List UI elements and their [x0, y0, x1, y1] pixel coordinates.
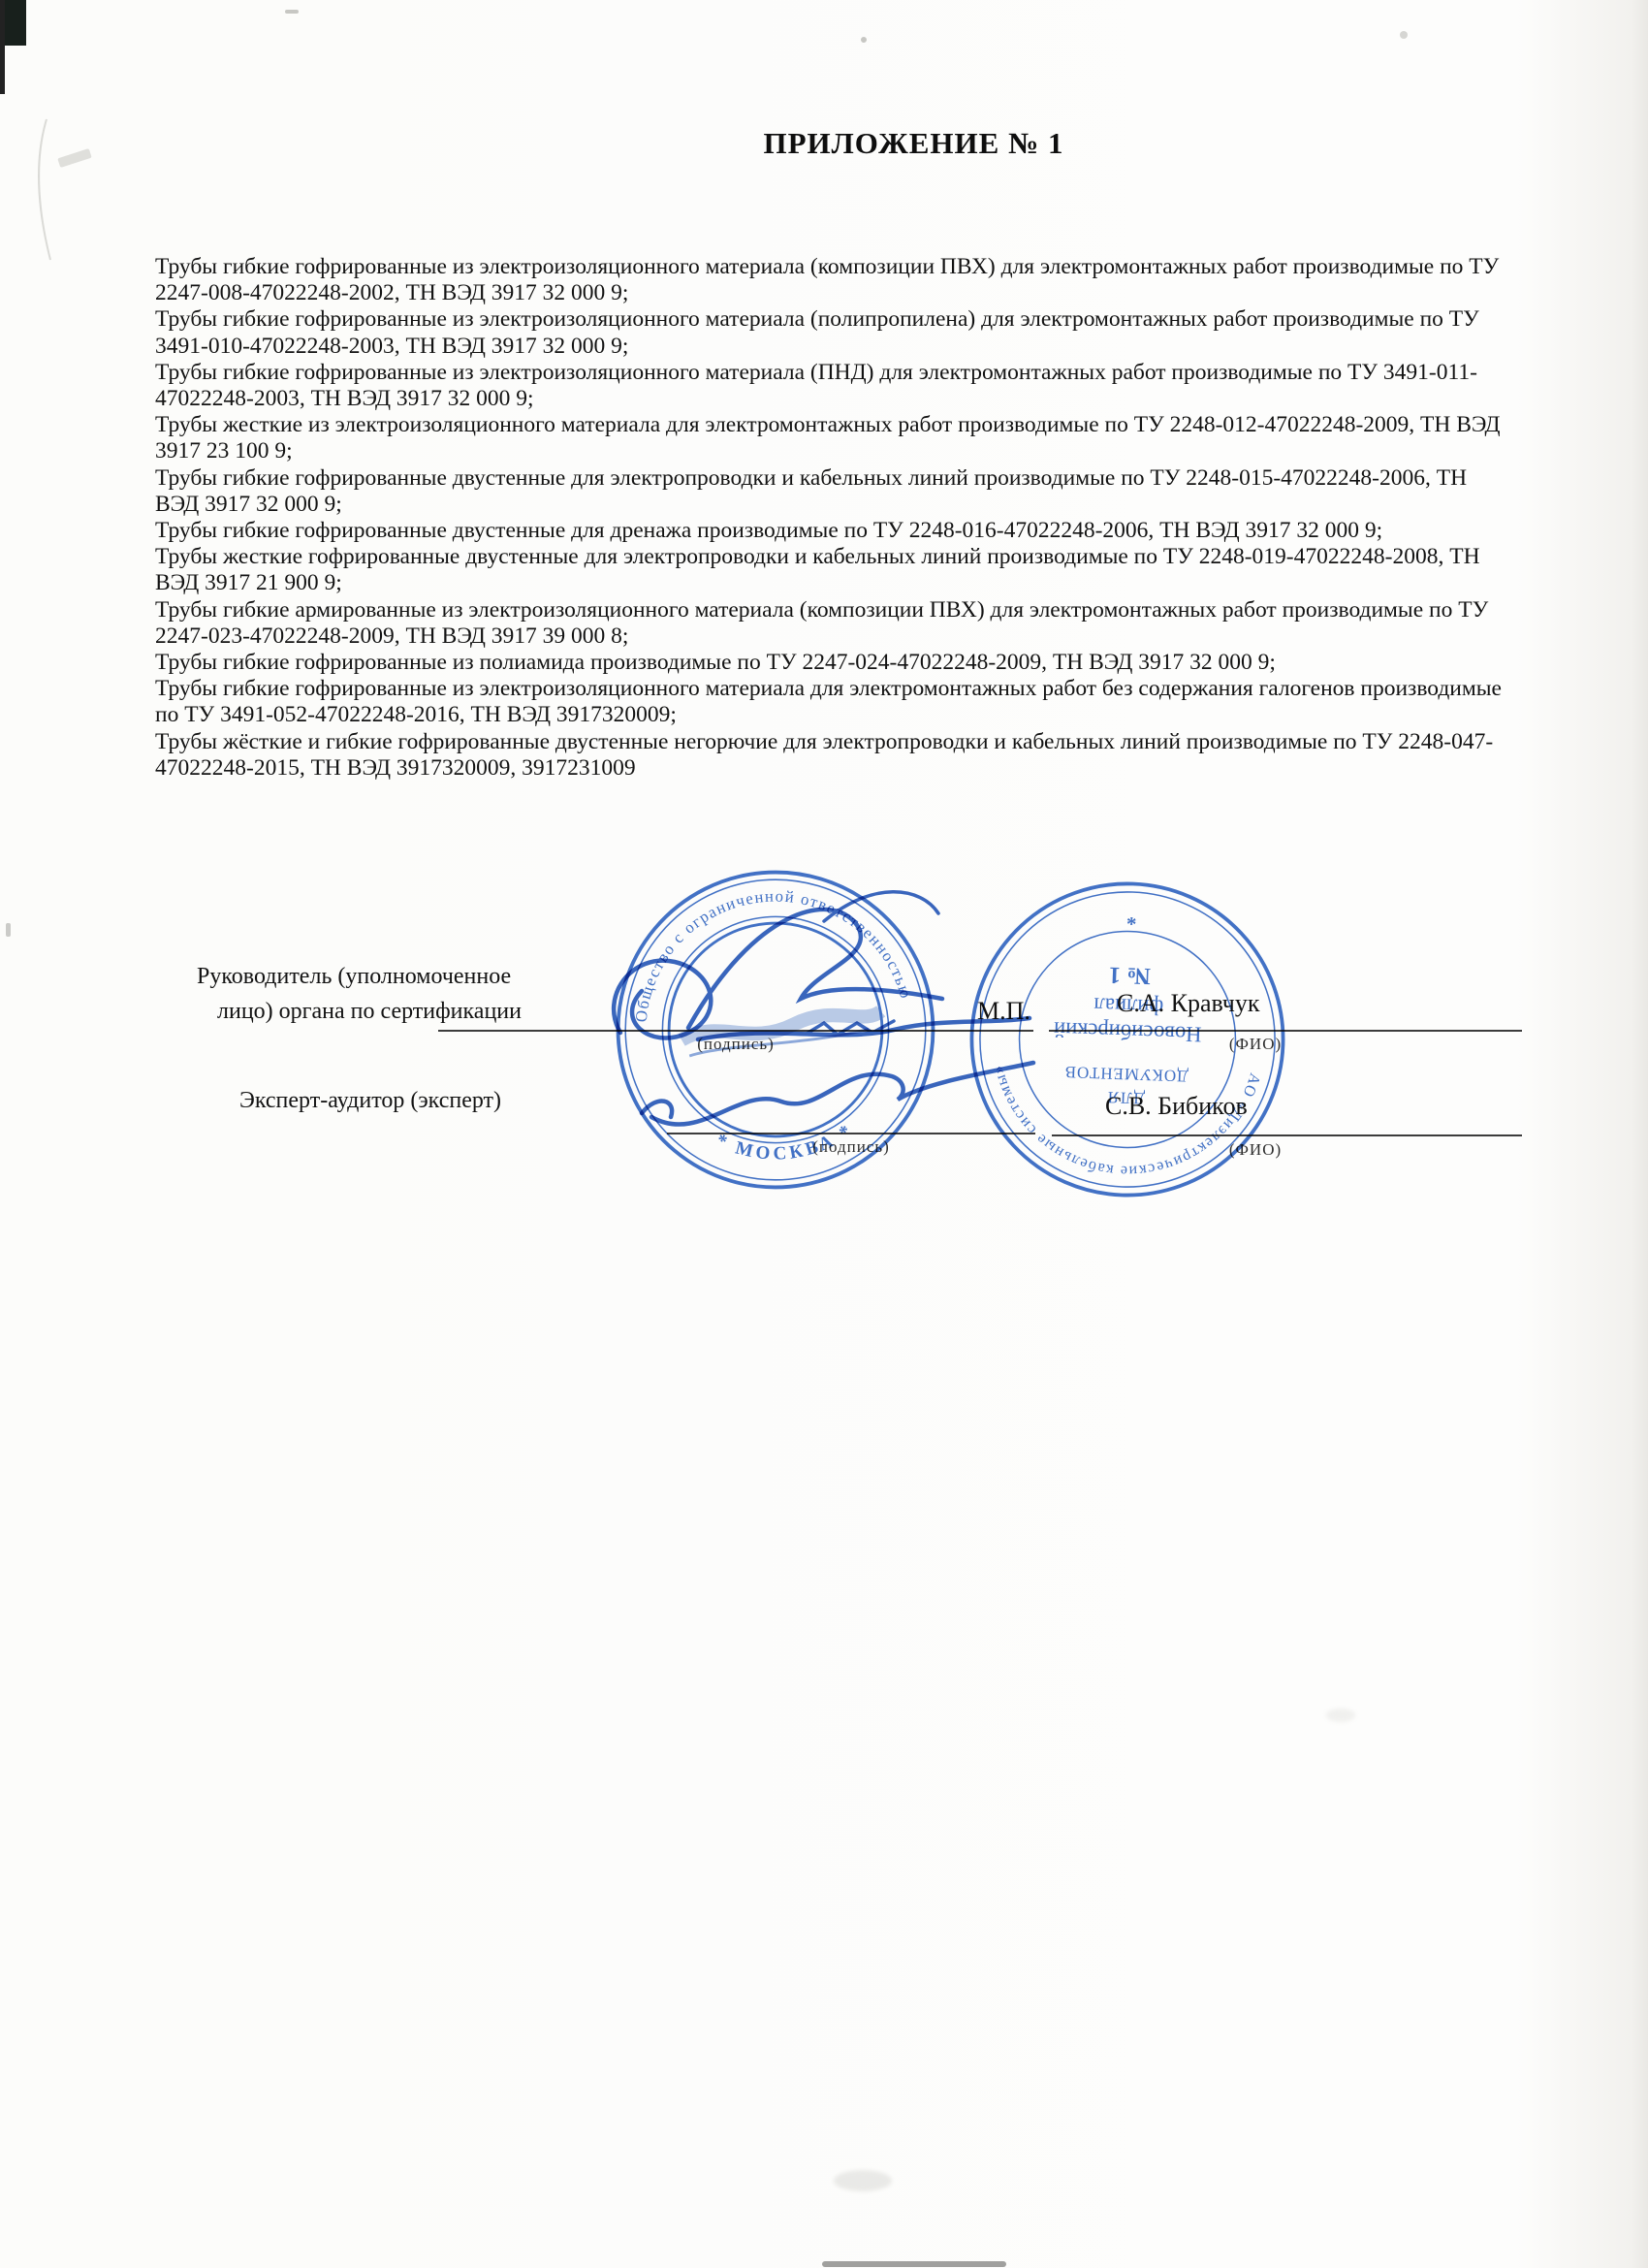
scan-speck: [6, 923, 11, 937]
list-item: Трубы гибкие гофрированные из электроизо…: [155, 676, 1512, 728]
signature-stroke: [642, 1102, 672, 1117]
stamp-ring-separator: *: [1126, 907, 1137, 929]
role-label-head-line1: Руководитель (уполномоченное: [197, 964, 511, 990]
scan-smudge: [1326, 1709, 1355, 1722]
signature-stroke: [614, 961, 711, 1038]
list-item: Трубы гибкие гофрированные из полиамида …: [155, 650, 1512, 676]
svg-text:№ 1: № 1: [1108, 962, 1151, 989]
scan-speck: [285, 10, 299, 14]
product-list: Трубы гибкие гофрированные из электроизо…: [155, 254, 1512, 782]
role-label-head-line2: лицо) органа по сертификации: [217, 999, 522, 1025]
svg-text:*: *: [1126, 907, 1137, 929]
svg-text:ДЛЯ: ДЛЯ: [1106, 1088, 1146, 1107]
list-item: Трубы гибкие гофрированные из электроизо…: [155, 306, 1512, 359]
list-item: Трубы гибкие гофрированные двустенные дл…: [155, 518, 1512, 544]
list-item: Трубы гибкие гофрированные из электроизо…: [155, 360, 1512, 412]
signature-stroke: [824, 892, 938, 921]
list-item: Трубы жесткие из электроизоляционного ма…: [155, 412, 1512, 464]
list-item: Трубы жесткие гофрированные двустенные д…: [155, 544, 1512, 596]
list-item: Трубы гибкие армированные из электроизол…: [155, 597, 1512, 650]
scan-smudge: [834, 2170, 892, 2191]
role-label-expert: Эксперт-аудитор (эксперт): [239, 1088, 501, 1114]
list-item: Трубы жёсткие и гибкие гофрированные дву…: [155, 729, 1512, 782]
handwritten-signatures: [582, 853, 1105, 1183]
scanned-certificate-appendix-page: ПРИЛОЖЕНИЕ № 1 Трубы гибкие гофрированны…: [0, 0, 1648, 2268]
signature-stroke: [688, 910, 942, 1028]
scan-bottom-edge-artifact: [822, 2261, 1006, 2267]
scan-speck: [861, 37, 867, 43]
page-title: ПРИЛОЖЕНИЕ № 1: [0, 126, 1648, 161]
list-item: Трубы гибкие гофрированные двустенные дл…: [155, 465, 1512, 518]
signature-stroke: [651, 1063, 1033, 1125]
scan-speck: [1400, 31, 1408, 39]
list-item: Трубы гибкие гофрированные из электроизо…: [155, 254, 1512, 306]
scan-edge-artifact: [0, 0, 5, 94]
